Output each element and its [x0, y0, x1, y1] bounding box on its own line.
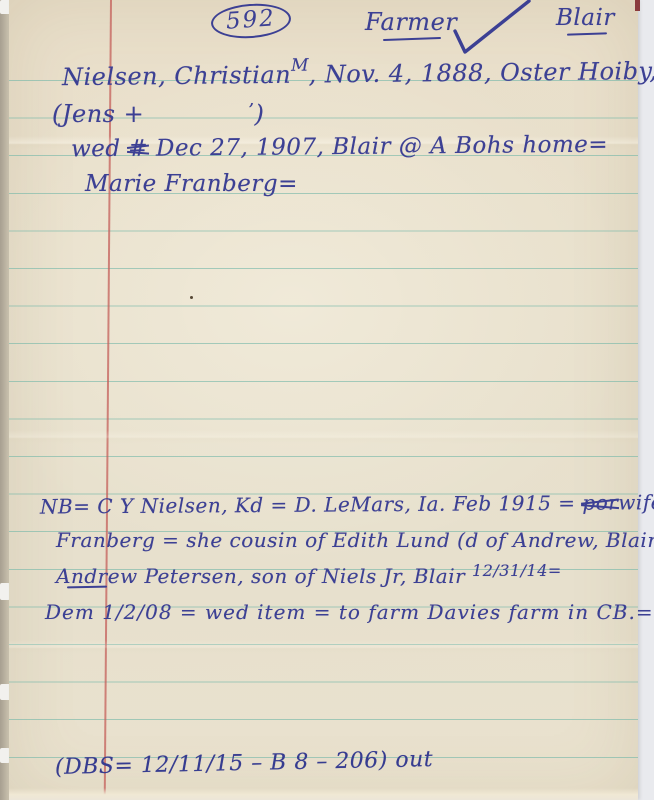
scanned-ledger-page: 592 Farmer Blair Nielsen, ChristianM, No…	[0, 0, 654, 800]
corner-mark	[635, 0, 640, 11]
note-3-date: 12/31/14=	[472, 561, 562, 580]
wed-text: wed	[71, 136, 129, 162]
struck-mark: #	[128, 136, 148, 162]
note-3-text: Andrew Petersen, son of Niels Jr, Blair	[56, 564, 472, 588]
struck-word: por	[582, 491, 618, 515]
ink-speck	[190, 296, 193, 299]
person-name: Nielsen, Christian	[62, 61, 291, 91]
page-left-edge	[0, 0, 9, 800]
page-bottom-edge	[9, 788, 638, 800]
paper-crease	[9, 640, 638, 654]
note-line-4: Dem 1/2/08 = wed item = to farm Davies f…	[45, 600, 654, 624]
note-line-1: NB= C Y Nielsen, Kd = D. LeMars, Ia. Feb…	[40, 489, 654, 518]
check-mark-icon	[439, 0, 531, 58]
birth-info: , Nov. 4, 1888, Oster Hoiby,/	[308, 57, 654, 89]
paper-crease	[9, 430, 638, 444]
note-1-rest: wife d of Chris	[618, 489, 654, 514]
superscript-m: M	[291, 56, 309, 76]
tick-mark: ’	[248, 100, 254, 121]
marriage-line: wed # Dec 27, 1907, Blair @ A Bohs home=	[71, 132, 608, 163]
note-line-3: Andrew Petersen, son of Niels Jr, Blair …	[56, 564, 562, 588]
notebook-paper: 592 Farmer Blair Nielsen, ChristianM, No…	[9, 0, 638, 800]
place-underline	[567, 32, 607, 35]
page-number: 592	[210, 1, 292, 40]
marriage-info: Dec 27, 1907, Blair @ A Bohs home=	[148, 132, 608, 162]
parent-close-paren: )	[254, 100, 264, 128]
note-1-text: NB= C Y Nielsen, Kd = D. LeMars, Ia. Feb…	[40, 491, 583, 519]
occupation-underline	[383, 37, 441, 41]
place-label: Blair	[556, 5, 615, 31]
spouse-line: Marie Franberg=	[85, 171, 298, 197]
note-line-2: Franberg = she cousin of Edith Lund (d o…	[56, 528, 654, 552]
parent-line: (Jens +’)	[52, 100, 264, 128]
parent-name: (Jens +	[52, 100, 144, 128]
